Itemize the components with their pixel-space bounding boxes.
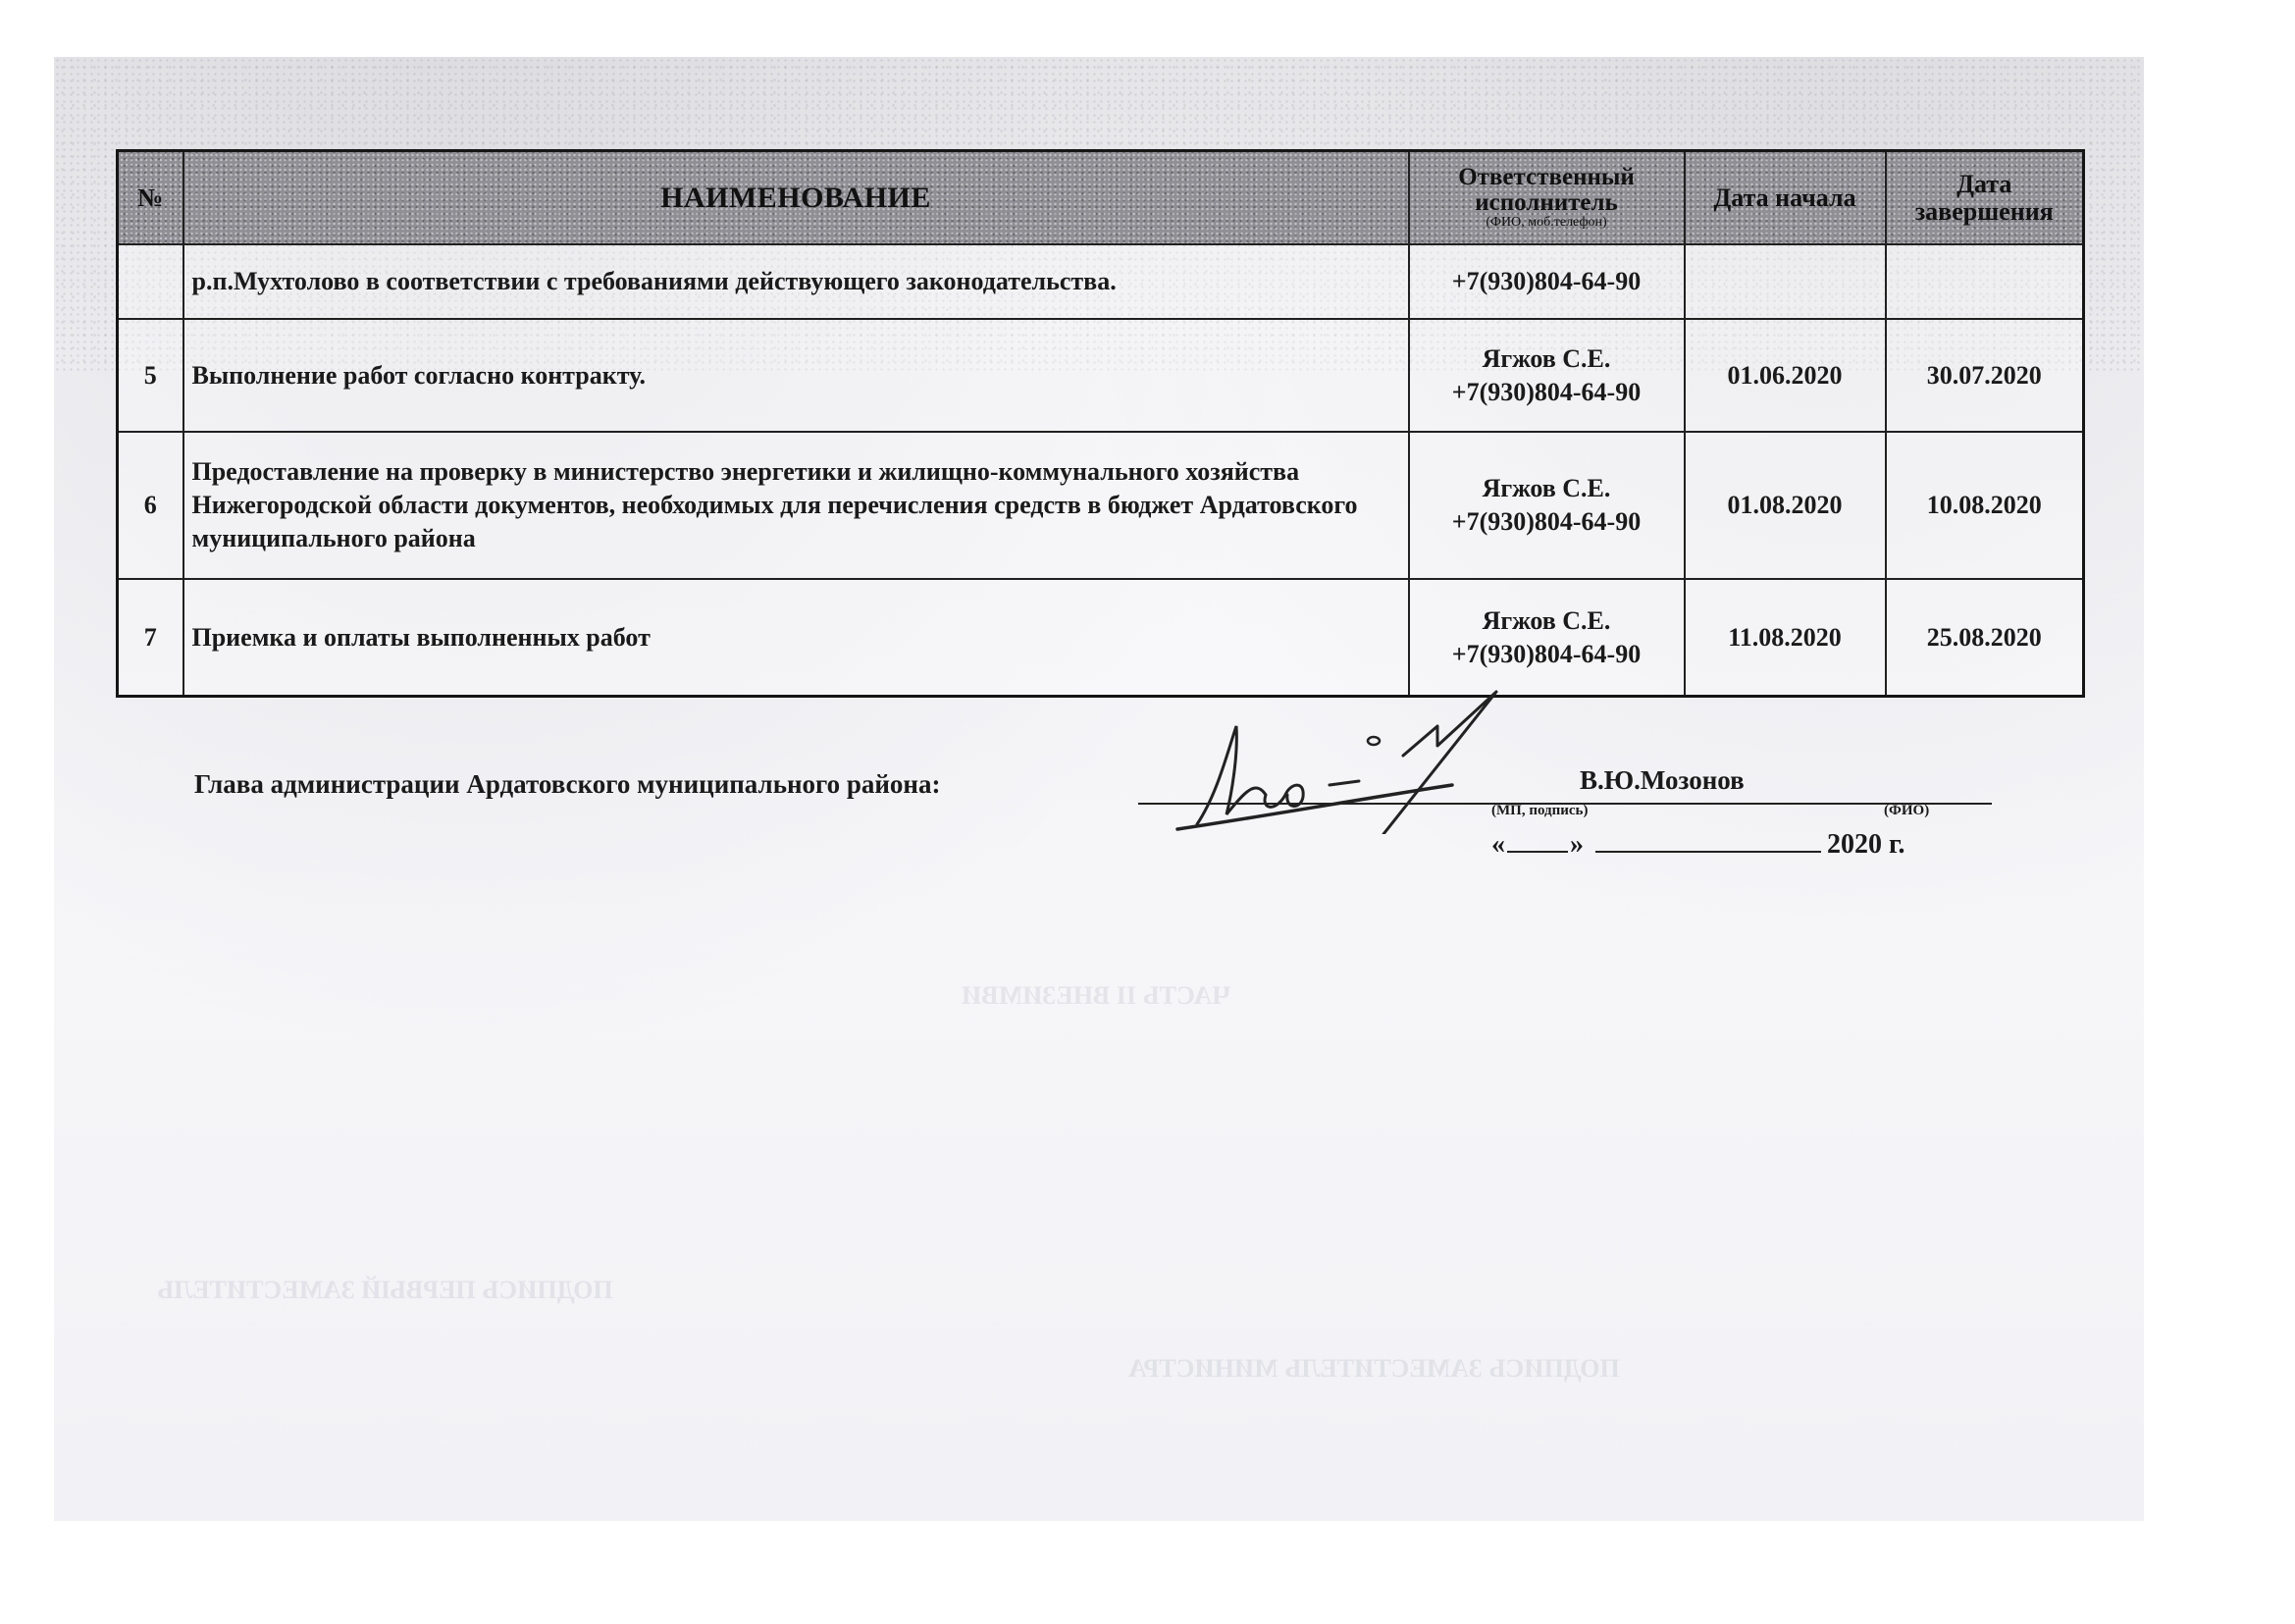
- table-row-continuation: р.п.Мухтолово в соответствии с требовани…: [118, 244, 2084, 319]
- header-number: №: [118, 151, 183, 245]
- header-responsible-label: Ответственный исполнитель: [1458, 164, 1635, 216]
- schedule-table: № НАИМЕНОВАНИЕ Ответственный исполнитель…: [116, 149, 2085, 698]
- cell-responsible: Ягжов С.Е. +7(930)804-64-90: [1409, 319, 1685, 432]
- cell-name: р.п.Мухтолово в соответствии с требовани…: [183, 244, 1409, 319]
- cell-responsible: Ягжов С.Е. +7(930)804-64-90: [1409, 579, 1685, 697]
- show-through-text: ПОДПИСЬ ЗАМЕСТИТЕЛЬ МИНИСТРА: [1128, 1354, 1620, 1384]
- show-through-text: ПОДПИСЬ ПЕРВЫЙ ЗАМЕСТИТЕЛЬ: [157, 1276, 613, 1305]
- cell-number: 7: [118, 579, 183, 697]
- cell-start-date: 01.06.2020: [1685, 319, 1886, 432]
- cell-number: [118, 244, 183, 319]
- handwritten-signature-icon: [1158, 687, 1609, 834]
- table-header-row: № НАИМЕНОВАНИЕ Ответственный исполнитель…: [118, 151, 2084, 245]
- table-row: 7 Приемка и оплаты выполненных работ Ягж…: [118, 579, 2084, 697]
- cell-number: 6: [118, 432, 183, 579]
- cell-responsible: Ягжов С.Е. +7(930)804-64-90: [1409, 432, 1685, 579]
- header-start-date: Дата начала: [1685, 151, 1886, 245]
- cell-end-date: 25.08.2020: [1886, 579, 2084, 697]
- cell-responsible-phone: +7(930)804-64-90: [1418, 376, 1676, 409]
- cell-start-date: 11.08.2020: [1685, 579, 1886, 697]
- signatory-title: Глава администрации Ардатовского муницип…: [194, 769, 940, 800]
- cell-start-date: 01.08.2020: [1685, 432, 1886, 579]
- cell-responsible-phone: +7(930)804-64-90: [1418, 638, 1676, 671]
- cell-responsible-phone: +7(930)804-64-90: [1418, 265, 1676, 298]
- cell-name: Выполнение работ согласно контракту.: [183, 319, 1409, 432]
- cell-number: 5: [118, 319, 183, 432]
- table-row: 6 Предоставление на проверку в министерс…: [118, 432, 2084, 579]
- cell-responsible-name: Ягжов С.Е.: [1418, 604, 1676, 638]
- cell-responsible-phone: +7(930)804-64-90: [1418, 505, 1676, 539]
- caption-full-name: (ФИО): [1884, 803, 1929, 819]
- cell-responsible: +7(930)804-64-90: [1409, 244, 1685, 319]
- cell-end-date: 30.07.2020: [1886, 319, 2084, 432]
- cell-end-date: [1886, 244, 2084, 319]
- cell-responsible-name: Ягжов С.Е.: [1418, 472, 1676, 505]
- header-responsible-sub: (ФИО, моб.телефон): [1418, 216, 1676, 231]
- table-row: 5 Выполнение работ согласно контракту. Я…: [118, 319, 2084, 432]
- cell-start-date: [1685, 244, 1886, 319]
- cell-name: Приемка и оплаты выполненных работ: [183, 579, 1409, 697]
- header-end-date: Дата завершения: [1886, 151, 2084, 245]
- cell-end-date: 10.08.2020: [1886, 432, 2084, 579]
- show-through-text: ЧАСТЬ II ВНЕЗИМВИ: [962, 981, 1230, 1011]
- cell-name: Предоставление на проверку в министерств…: [183, 432, 1409, 579]
- date-day-blank: [1507, 851, 1568, 853]
- date-month-blank: [1595, 851, 1821, 853]
- cell-responsible-name: Ягжов С.Е.: [1418, 342, 1676, 376]
- date-year: 2020 г.: [1827, 829, 1905, 861]
- header-name: НАИМЕНОВАНИЕ: [183, 151, 1409, 245]
- header-responsible: Ответственный исполнитель (ФИО, моб.теле…: [1409, 151, 1685, 245]
